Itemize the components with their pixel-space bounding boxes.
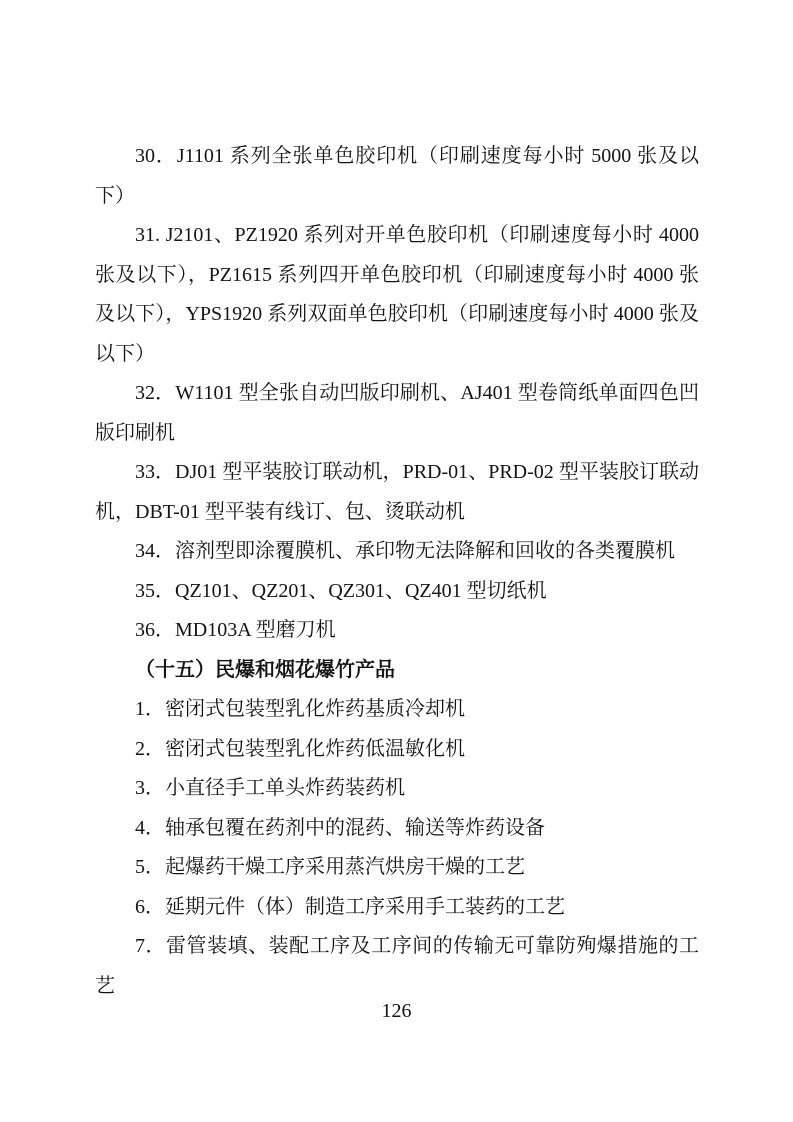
item-32: 32．W1101 型全张自动凹版印刷机、AJ401 型卷筒纸单面四色凹版印刷机: [95, 374, 699, 453]
item-36: 36．MD103A 型磨刀机: [95, 611, 699, 651]
item-30: 30．J1101 系列全张单色胶印机（印刷速度每小时 5000 张及以下）: [95, 137, 699, 216]
page-footer: 126: [0, 996, 793, 1026]
document-body: 30．J1101 系列全张单色胶印机（印刷速度每小时 5000 张及以下） 31…: [95, 137, 699, 1006]
item-31: 31. J2101、PZ1920 系列对开单色胶印机（印刷速度每小时 4000 …: [95, 216, 699, 374]
item-35: 35．QZ101、QZ201、QZ301、QZ401 型切纸机: [95, 572, 699, 612]
item-15-2: 2．密闭式包装型乳化炸药低温敏化机: [95, 730, 699, 770]
document-page: 30．J1101 系列全张单色胶印机（印刷速度每小时 5000 张及以下） 31…: [0, 0, 793, 1122]
item-15-5: 5．起爆药干燥工序采用蒸汽烘房干燥的工艺: [95, 848, 699, 888]
item-33: 33．DJ01 型平装胶订联动机，PRD-01、PRD-02 型平装胶订联动机，…: [95, 453, 699, 532]
item-15-7: 7．雷管装填、装配工序及工序间的传输无可靠防殉爆措施的工艺: [95, 927, 699, 1006]
item-15-4: 4．轴承包覆在药剂中的混药、输送等炸药设备: [95, 809, 699, 849]
item-15-6: 6．延期元件（体）制造工序采用手工装药的工艺: [95, 888, 699, 928]
page-number: 126: [382, 1000, 412, 1022]
item-34: 34．溶剂型即涂覆膜机、承印物无法降解和回收的各类覆膜机: [95, 532, 699, 572]
item-15-1: 1．密闭式包装型乳化炸药基质冷却机: [95, 690, 699, 730]
item-15-3: 3．小直径手工单头炸药装药机: [95, 769, 699, 809]
section-heading-15: （十五）民爆和烟花爆竹产品: [95, 651, 699, 691]
